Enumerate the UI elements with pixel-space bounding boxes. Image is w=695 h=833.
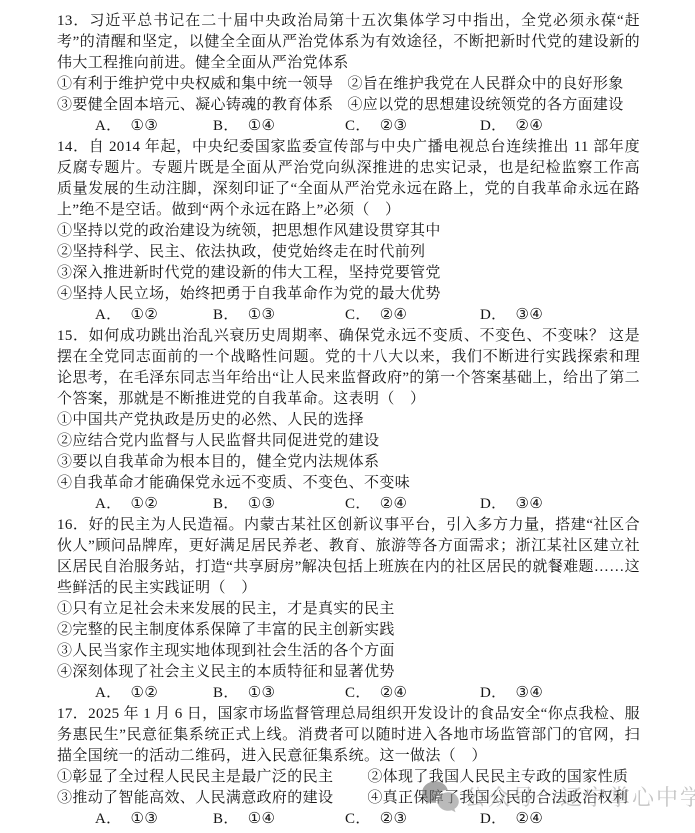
question-17-stem: 17．2025 年 1 月 6 日，国家市场监督管理总局组织开发设计的食品安全“… [57, 704, 640, 767]
question-15: 15．如何成功跳出治乱兴衰历史周期率、确保党永远不变质、不变色、不变味？ 这是摆… [57, 326, 640, 515]
answer-value: ②④ [380, 494, 408, 515]
answer-value: ②④ [516, 809, 544, 830]
answer-choice-c: C．②④ [345, 305, 480, 326]
option-2: ②应结合党内监督与人民监督共同促进党的建设 [57, 431, 640, 452]
option-4: ④坚持人民立场，始终把勇于自我革命作为党的最大优势 [57, 284, 640, 305]
answer-choice-d: D．③④ [480, 494, 543, 515]
option-3: ③人民当家作主现实地体现到社会生活的各个方面 [57, 641, 640, 662]
answer-label: B． [213, 494, 239, 515]
question-14-options: ①坚持以党的政治建设为统领，把思想作风建设贯穿其中 ②坚持科学、民主、依法执政，… [57, 221, 640, 305]
answer-value: ①② [131, 494, 159, 515]
answer-value: ②③ [380, 116, 408, 137]
answer-choice-d: D．②④ [480, 809, 543, 830]
answer-label: B． [213, 116, 239, 137]
question-16: 16．好的民主为人民造福。内蒙古某社区创新议事平台，引入多方力量，搭建“社区合伙… [57, 515, 640, 704]
question-15-stem: 15．如何成功跳出治乱兴衰历史周期率、确保党永远不变质、不变色、不变味？ 这是摆… [57, 326, 640, 410]
option-3: ③深入推进新时代党的建设新的伟大工程，坚持党要管党 [57, 263, 640, 284]
option-3: ③要以自我革命为根本目的，健全党内法规体系 [57, 452, 640, 473]
exam-page: 13．习近平总书记在二十届中央政治局第十五次集体学习中指出，全党必须永葆“赶考”… [0, 0, 695, 830]
answer-choice-a: A．①③ [95, 116, 213, 137]
option-1: ①中国共产党执政是历史的必然、人民的选择 [57, 410, 640, 431]
answer-value: ①③ [248, 494, 276, 515]
answer-label: B． [213, 683, 239, 704]
answer-label: A． [95, 809, 122, 830]
answer-label: D． [480, 305, 507, 326]
answer-choice-b: B．①③ [213, 683, 345, 704]
question-14-answer-row: A．①② B．①③ C．②④ D．③④ [57, 305, 640, 326]
option-1: ①有利于维护党中央权威和集中统一领导 [57, 74, 333, 95]
answer-label: C． [345, 683, 371, 704]
question-14-stem: 14．自 2014 年起，中央纪委国家监委宣传部与中央广播电视总台连续推出 11… [57, 137, 640, 221]
option-4: ④自我革命才能确保党永远不变质、不变色、不变味 [57, 473, 640, 494]
question-13-stem: 13．习近平总书记在二十届中央政治局第十五次集体学习中指出，全党必须永葆“赶考”… [57, 11, 640, 74]
answer-choice-a: A．①② [95, 683, 213, 704]
answer-label: D． [480, 494, 507, 515]
answer-label: C． [345, 809, 371, 830]
answer-value: ③④ [516, 683, 544, 704]
answer-value: ①③ [131, 116, 159, 137]
question-17-answer-row: A．①③ B．①④ C．②③ D．②④ [57, 809, 640, 830]
answer-label: C． [345, 305, 371, 326]
question-13: 13．习近平总书记在二十届中央政治局第十五次集体学习中指出，全党必须永葆“赶考”… [57, 11, 640, 137]
answer-label: D． [480, 683, 507, 704]
question-17-options: ①彰显了全过程人民民主是最广泛的民主 ②体现了我国人民民主专政的国家性质 ③推动… [57, 767, 640, 809]
answer-choice-c: C．②③ [345, 809, 480, 830]
answer-value: ①③ [248, 305, 276, 326]
question-14: 14．自 2014 年起，中央纪委国家监委宣传部与中央广播电视总台连续推出 11… [57, 137, 640, 326]
answer-value: ①② [131, 305, 159, 326]
answer-choice-a: A．①③ [95, 809, 213, 830]
answer-label: A． [95, 116, 122, 137]
answer-label: D． [480, 116, 507, 137]
answer-choice-c: C．②④ [345, 683, 480, 704]
answer-choice-d: D．③④ [480, 683, 543, 704]
answer-choice-d: D．③④ [480, 305, 543, 326]
answer-choice-c: C．②④ [345, 494, 480, 515]
answer-value: ③④ [516, 305, 544, 326]
answer-label: C． [345, 116, 371, 137]
option-4: ④应以党的思想建设统领党的各方面建设 [347, 95, 640, 116]
question-16-stem: 16．好的民主为人民造福。内蒙古某社区创新议事平台，引入多方力量，搭建“社区合伙… [57, 515, 640, 599]
option-1: ①坚持以党的政治建设为统领，把思想作风建设贯穿其中 [57, 221, 640, 242]
option-1: ①只有立足社会未来发展的民主，才是真实的民主 [57, 599, 640, 620]
answer-choice-b: B．①③ [213, 494, 345, 515]
option-3: ③要健全固本培元、凝心铸魂的教育体系 [57, 95, 333, 116]
answer-value: ①④ [248, 116, 276, 137]
answer-label: D． [480, 809, 507, 830]
answer-choice-d: D．②④ [480, 116, 543, 137]
question-16-options: ①只有立足社会未来发展的民主，才是真实的民主 ②完整的民主制度体系保障了丰富的民… [57, 599, 640, 683]
answer-label: B． [213, 305, 239, 326]
answer-value: ②④ [380, 683, 408, 704]
answer-label: A． [95, 683, 122, 704]
answer-value: ②④ [516, 116, 544, 137]
answer-value: ②④ [380, 305, 408, 326]
answer-choice-c: C．②③ [345, 116, 480, 137]
answer-choice-a: A．①② [95, 494, 213, 515]
answer-choice-a: A．①② [95, 305, 213, 326]
question-13-answer-row: A．①③ B．①④ C．②③ D．②④ [57, 116, 640, 137]
option-2: ②坚持科学、民主、依法执政，使党始终走在时代前列 [57, 242, 640, 263]
option-4: ④真正保障了我国公民的合法政治权利 [367, 788, 640, 809]
answer-choice-b: B．①④ [213, 809, 345, 830]
answer-value: ①③ [131, 809, 159, 830]
answer-label: B． [213, 809, 239, 830]
question-13-options: ①有利于维护党中央权威和集中统一领导 ②旨在维护我党在人民群众中的良好形象 ③要… [57, 74, 640, 116]
option-2: ②旨在维护我党在人民群众中的良好形象 [347, 74, 640, 95]
option-1: ①彰显了全过程人民民主是最广泛的民主 [57, 767, 333, 788]
option-2: ②完整的民主制度体系保障了丰富的民主创新实践 [57, 620, 640, 641]
answer-label: A． [95, 494, 122, 515]
answer-value: ①② [131, 683, 159, 704]
question-17: 17．2025 年 1 月 6 日，国家市场监督管理总局组织开发设计的食品安全“… [57, 704, 640, 830]
option-4: ④深刻体现了社会主义民主的本质特征和显著优势 [57, 662, 640, 683]
option-2: ②体现了我国人民民主专政的国家性质 [367, 767, 640, 788]
answer-label: A． [95, 305, 122, 326]
question-15-options: ①中国共产党执政是历史的必然、人民的选择 ②应结合党内监督与人民监督共同促进党的… [57, 410, 640, 494]
answer-value: ③④ [516, 494, 544, 515]
answer-value: ①③ [248, 683, 276, 704]
answer-choice-b: B．①③ [213, 305, 345, 326]
option-3: ③推动了智能高效、人民满意政府的建设 [57, 788, 333, 809]
question-16-answer-row: A．①② B．①③ C．②④ D．③④ [57, 683, 640, 704]
answer-label: C． [345, 494, 371, 515]
answer-value: ②③ [380, 809, 408, 830]
question-15-answer-row: A．①② B．①③ C．②④ D．③④ [57, 494, 640, 515]
answer-choice-b: B．①④ [213, 116, 345, 137]
answer-value: ①④ [248, 809, 276, 830]
